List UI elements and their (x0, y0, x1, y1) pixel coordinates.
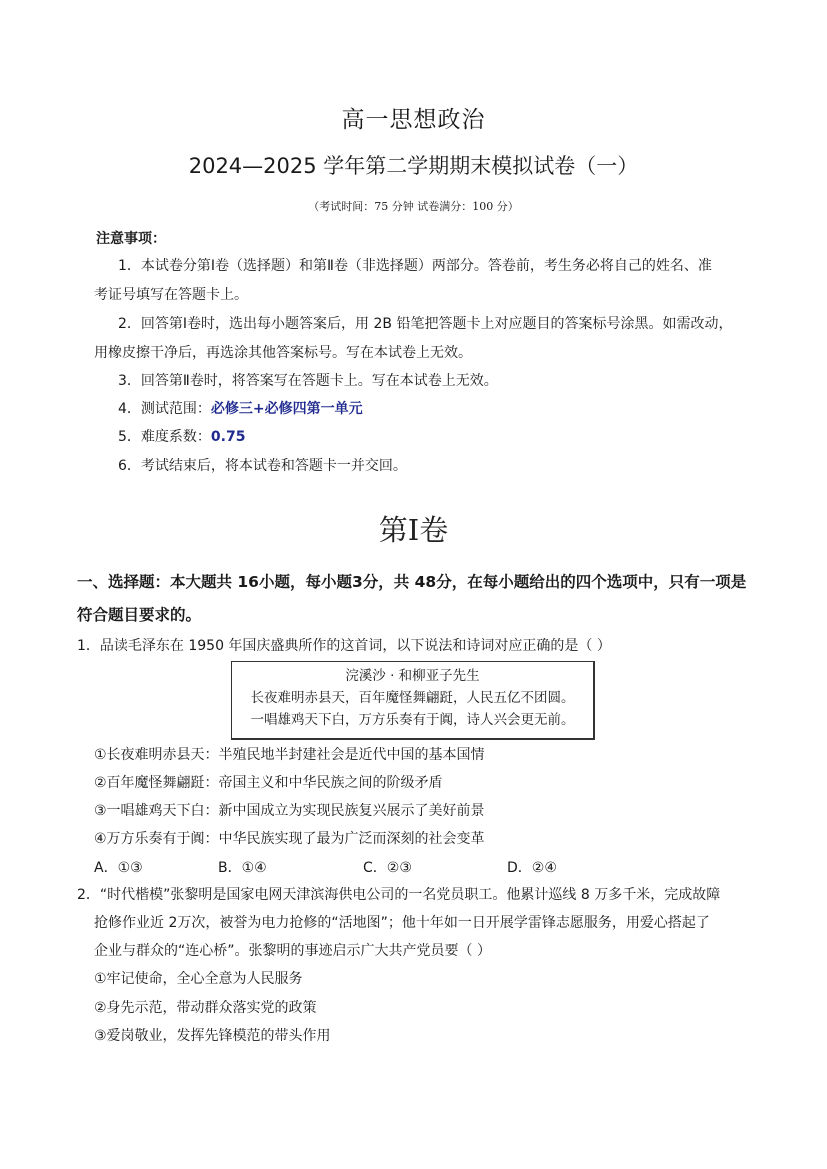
question-1-option-d[interactable]: D．②④ (507, 857, 557, 877)
part-heading: 一、选择题：本大题共 16小题，每小题3分，共 48分，在每小题给出的四个选项中… (77, 570, 746, 592)
question-2-statement: ①牢记使命，全心全意为人民服务 (94, 968, 303, 988)
question-2-stem: 2．“时代楷模”张黎明是国家电网天津滨海供电公司的一名党员职工。他累计巡线 8 … (77, 884, 720, 904)
notice-item-2: 2．回答第Ⅰ卷时，选出每小题答案后，用 2B 铅笔把答题卡上对应题目的答案标号涂… (118, 313, 732, 333)
notice-item-1: 1．本试卷分第Ⅰ卷（选择题）和第Ⅱ卷（非选择题）两部分。答卷前，考生务必将自己的… (118, 255, 712, 275)
notice-item-1-cont: 考证号填写在答题卡上。 (94, 284, 248, 304)
question-1-statement: ④万方乐奏有于阗：中华民族实现了最为广泛而深刻的社会变革 (94, 828, 485, 848)
question-1-option-c[interactable]: C．②③ (363, 857, 412, 877)
notice-item-5: 5．难度系数：0.75 (118, 426, 245, 446)
question-1-stem: 1．品读毛泽东在 1950 年国庆盛典所作的这首词，以下说法和诗词对应正确的是（… (77, 635, 611, 655)
question-1-option-b[interactable]: B．①④ (218, 857, 267, 877)
poem-title: 浣溪沙 · 和柳亚子先生 (232, 665, 593, 687)
difficulty-label: 5．难度系数： (118, 429, 211, 445)
question-2-statement: ③爱岗敬业，发挥先锋模范的带头作用 (94, 1025, 331, 1045)
notice-item-3: 3．回答第Ⅱ卷时，将答案写在答题卡上。写在本试卷上无效。 (118, 370, 498, 390)
question-1-option-a[interactable]: A．①③ (94, 857, 143, 877)
test-scope-label: 4．测试范围： (118, 401, 211, 417)
part-heading-cont: 符合题目要求的。 (77, 603, 201, 625)
notice-item-4: 4．测试范围：必修三+必修四第一单元 (118, 398, 363, 418)
notice-item-2-cont: 用橡皮擦干净后，再选涂其他答案标号。写在本试卷上无效。 (94, 342, 472, 362)
question-1-statement: ③一唱雄鸡天下白：新中国成立为实现民族复兴展示了美好前景 (94, 800, 485, 820)
difficulty-value: 0.75 (211, 429, 246, 445)
question-1-statement: ①长夜难明赤县天：半殖民地半封建社会是近代中国的基本国情 (94, 744, 485, 764)
subject-title: 高一思想政治 (0, 101, 827, 134)
question-2-stem-cont: 抢修作业近 2万次，被誉为电力抢修的“活地图”；他十年如一日开展学雷锋志愿服务，… (94, 912, 710, 932)
question-2-stem-cont: 企业与群众的“连心桥”。张黎明的事迹启示广大共产党员要（ ） (94, 940, 491, 960)
question-2-statement: ②身先示范，带动群众落实党的政策 (94, 997, 317, 1017)
exam-info: （考试时间：75 分钟 试卷满分：100 分） (0, 198, 827, 214)
section-title: 第Ⅰ卷 (0, 508, 827, 549)
notice-item-6: 6．考试结束后，将本试卷和答题卡一并交回。 (118, 455, 407, 475)
question-1-statement: ②百年魔怪舞翩跹：帝国主义和中华民族之间的阶级矛盾 (94, 772, 443, 792)
poem-box: 浣溪沙 · 和柳亚子先生 长夜难明赤县天，百年魔怪舞翩跹，人民五亿不团圆。 一唱… (231, 661, 595, 740)
test-scope-value: 必修三+必修四第一单元 (211, 401, 363, 417)
poem-line: 一唱雄鸡天下白，万方乐奏有于阗，诗人兴会更无前。 (232, 709, 593, 731)
poem-line: 长夜难明赤县天，百年魔怪舞翩跹，人民五亿不团圆。 (232, 687, 593, 709)
notice-heading: 注意事项： (96, 228, 166, 248)
exam-title: 2024—2025 学年第二学期期末模拟试卷（一） (0, 150, 827, 180)
